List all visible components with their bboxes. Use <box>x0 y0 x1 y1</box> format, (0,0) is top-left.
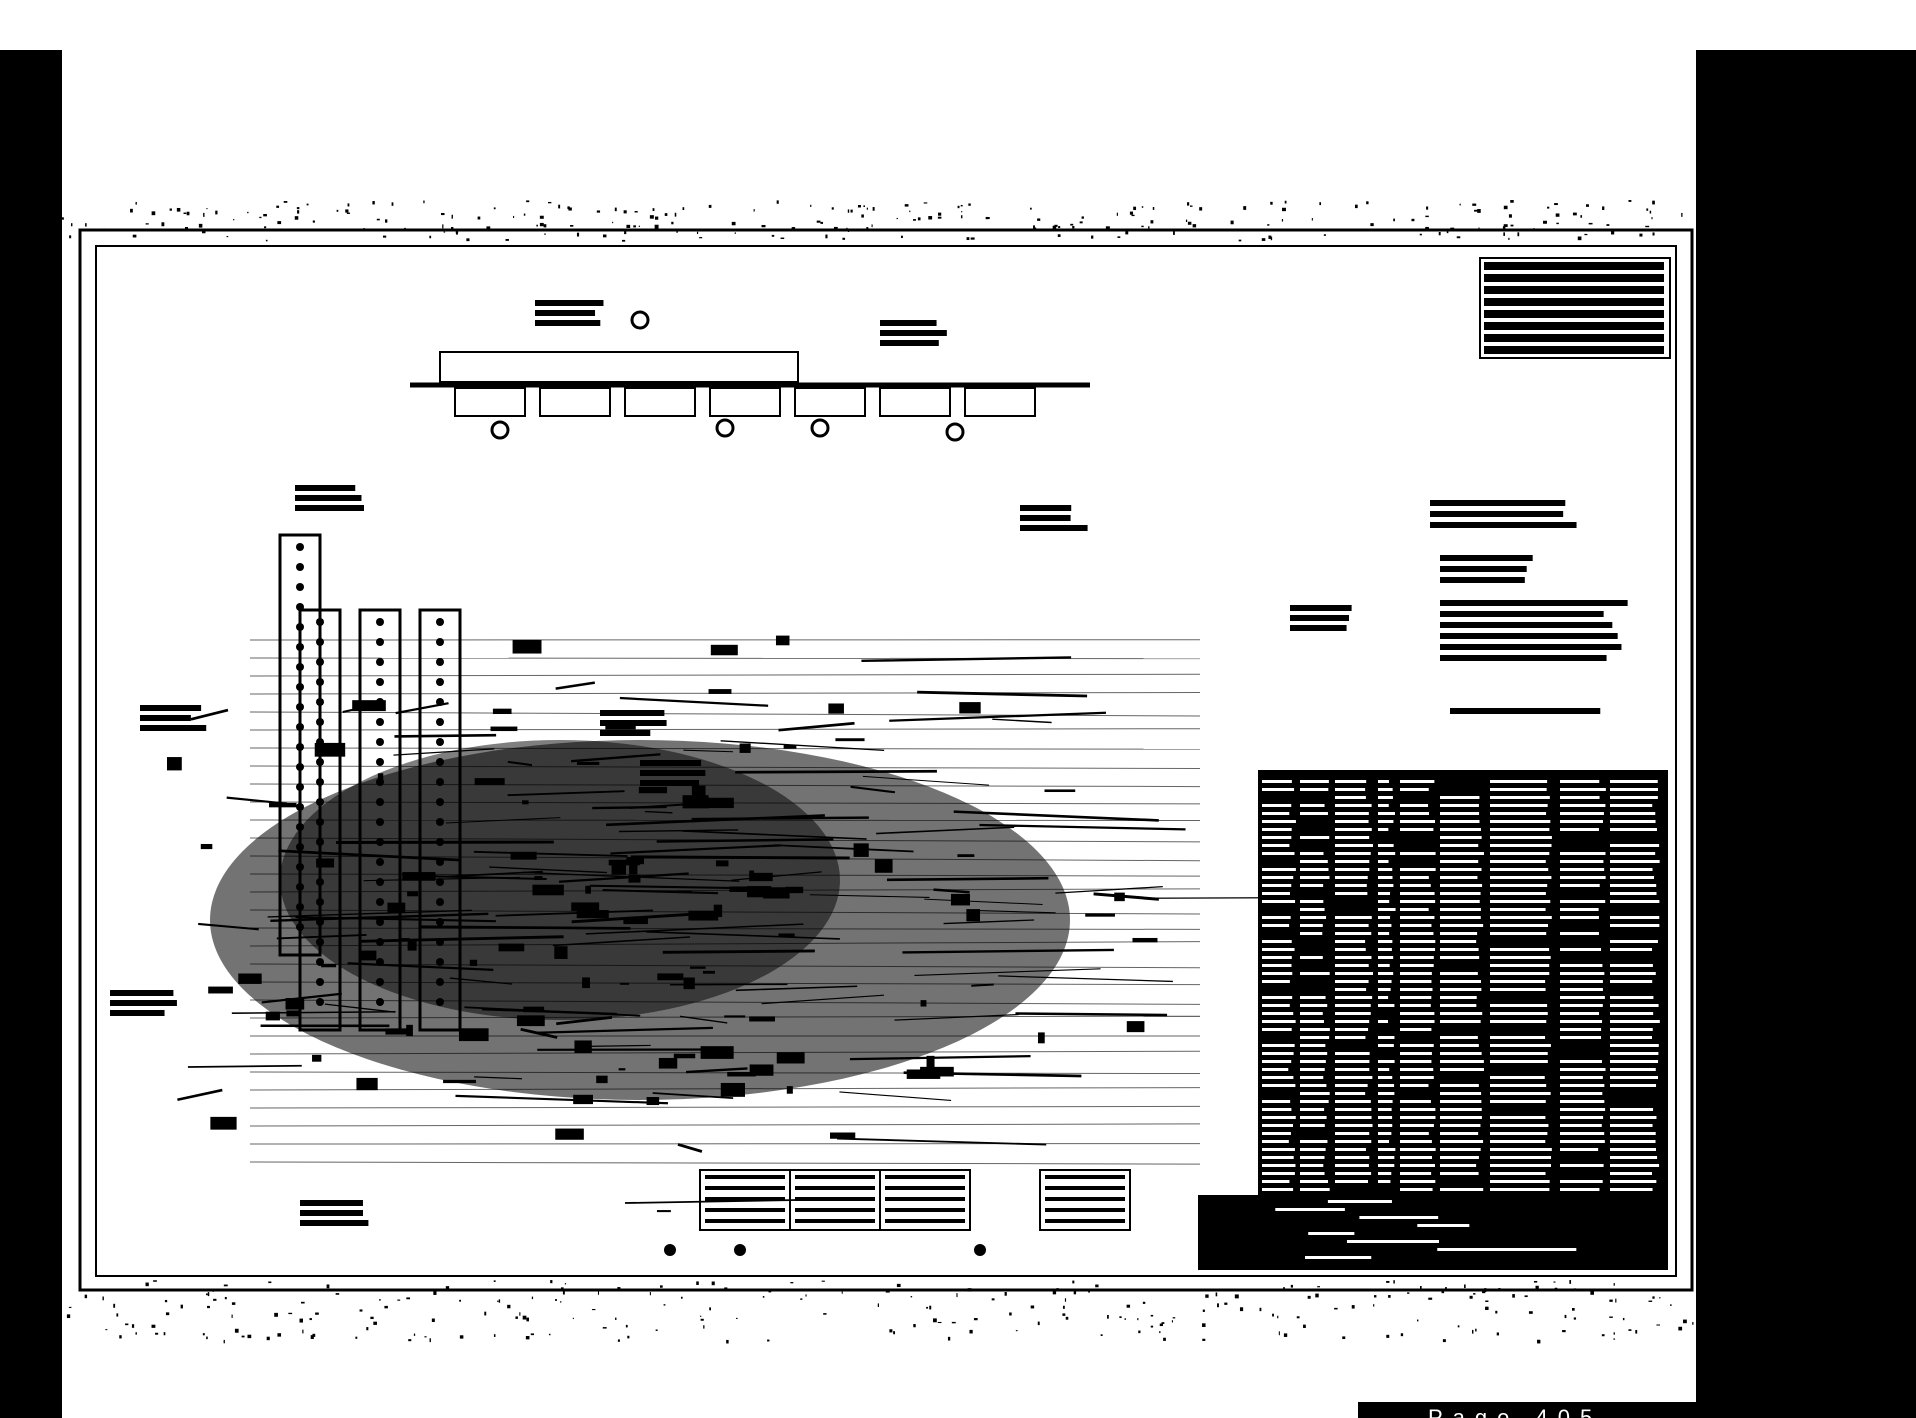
page-label: Page 405 <box>1358 1402 1728 1418</box>
wiring-diagram <box>0 0 1916 1418</box>
